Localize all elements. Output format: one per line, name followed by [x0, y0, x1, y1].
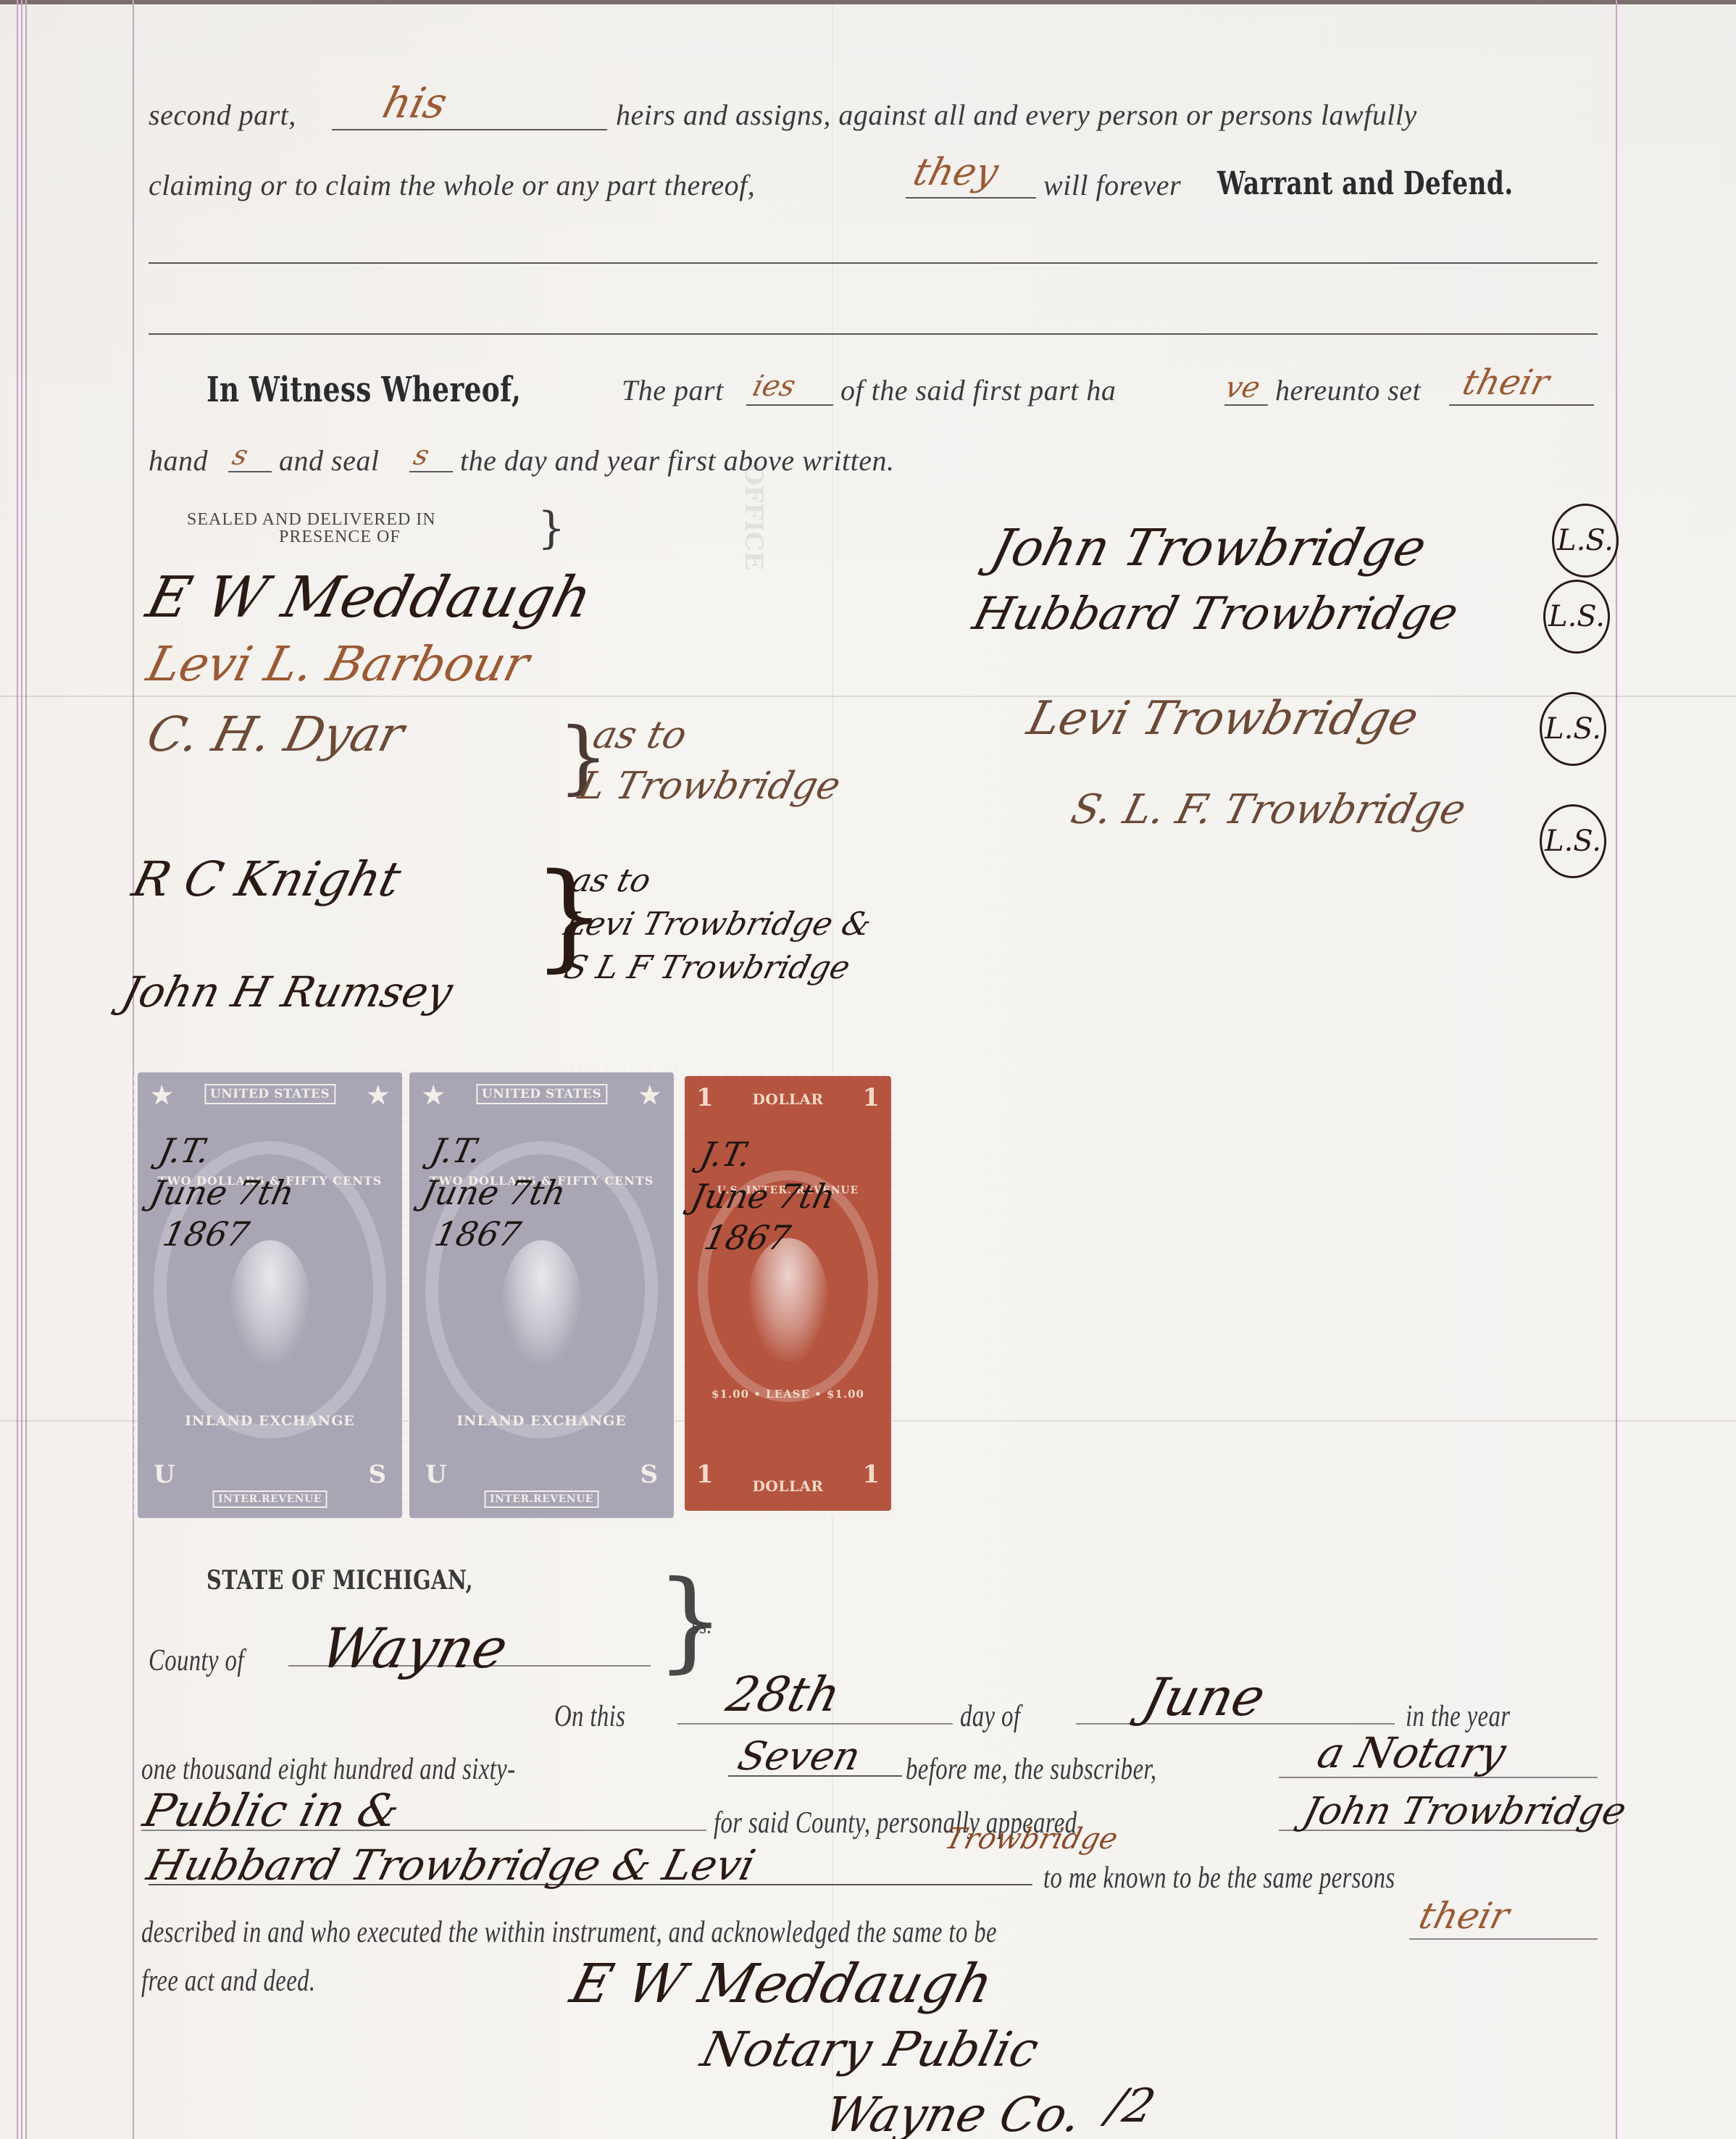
month-fill: June: [1138, 1667, 1272, 1727]
paper-fold: [0, 696, 1736, 697]
cancel-year: 1867: [679, 1217, 830, 1259]
handwritten-fill: his: [378, 78, 453, 128]
fill-line: [1224, 404, 1268, 406]
margin-rule: [17, 0, 18, 2139]
warranty-line-1: second part,: [149, 98, 296, 132]
witness-signature: John H Rumsey: [117, 967, 458, 1017]
printed-text: day of: [960, 1699, 1020, 1734]
printed-text: and seal: [279, 443, 379, 478]
printed-text: second part,: [149, 99, 296, 131]
star-icon: ★: [367, 1081, 389, 1110]
printed-text: The part: [622, 373, 724, 407]
star-icon: ★: [422, 1081, 444, 1110]
subscriber-fill: a Notary: [1313, 1728, 1511, 1777]
persons-fill: John Trowbridge: [1299, 1790, 1631, 1833]
fill-line: [228, 471, 272, 472]
printed-text: the day and year first above written.: [460, 443, 895, 478]
handwritten-fill: they: [909, 151, 1003, 194]
fill-line: [1449, 404, 1594, 406]
fill-line: [677, 1723, 953, 1725]
witness-signature: C. H. Dyar: [141, 706, 409, 762]
revenue-stamp-inland-exchange: UNITED STATES ★ ★ TWO DOLLARS & FIFTY CE…: [138, 1072, 402, 1518]
subscriber-fill: Public in &: [138, 1784, 405, 1837]
blank-line: [149, 262, 1598, 264]
stamp-corner-letter: S: [368, 1460, 386, 1489]
handwritten-fill: ies: [749, 370, 798, 403]
seal-mark: L.S.: [1540, 692, 1606, 766]
witness-note: as to: [589, 714, 691, 757]
persons-fill: Hubbard Trowbridge & Levi: [143, 1840, 761, 1890]
printed-text: of the said first part ha: [840, 373, 1116, 407]
day-fill: 28th: [721, 1667, 846, 1722]
fill-line: [1409, 1938, 1598, 1940]
printed-text: to me known to be the same persons: [1043, 1861, 1395, 1896]
persons-insert: Trowbridge: [941, 1822, 1121, 1856]
margin-rule: [133, 0, 134, 2139]
sealed-label-line-2: PRESENCE OF: [279, 528, 401, 547]
fill-line: [409, 471, 453, 472]
stamp-banner-top: DOLLAR: [748, 1089, 827, 1109]
cancel-date: June 7th: [146, 1172, 298, 1214]
stamp-corner-numeral: 1: [862, 1083, 880, 1112]
stamp-oval-bottom-text: INLAND EXCHANGE: [185, 1413, 355, 1429]
seal-mark: L.S.: [1552, 504, 1619, 578]
star-icon: ★: [151, 1081, 172, 1110]
stamp-cancellation: J.T. June 7th 1867: [679, 1134, 848, 1259]
brace: }: [538, 503, 565, 554]
witness-note: S L F Trowbridge: [561, 949, 854, 986]
year-fill: Seven: [733, 1733, 865, 1779]
printed-text: will forever: [1043, 168, 1181, 202]
grantor-signature: John Trowbridge: [985, 518, 1432, 578]
sealed-label-line-1: SEALED AND DELIVERED IN: [187, 510, 436, 530]
witness-note: as to: [568, 862, 655, 899]
stamp-banner-bottom: INTER.REVENUE: [212, 1490, 327, 1508]
printed-text: hand: [149, 443, 208, 478]
printed-text: one thousand eight hundred and sixty-: [141, 1752, 515, 1787]
stamp-banner-top: UNITED STATES: [204, 1084, 335, 1104]
witness-signature: Levi L. Barbour: [141, 636, 535, 692]
blank-line: [149, 333, 1598, 335]
stamp-corner-numeral: 1: [696, 1083, 714, 1112]
stamp-cancellation: J.T. June 7th 1867: [409, 1130, 579, 1256]
stamp-corner-letter: S: [640, 1460, 658, 1489]
brace: }: [656, 1558, 725, 1684]
stamp-oval-bottom-text: $1.00 • LEASE • $1.00: [711, 1388, 864, 1401]
seal-mark: L.S.: [1540, 804, 1606, 878]
seal-mark: L.S.: [1543, 580, 1610, 654]
cancel-initials: J.T.: [155, 1130, 306, 1172]
printed-text: claiming or to claim the whole or any pa…: [149, 168, 755, 202]
stamp-corner-numeral: 1: [862, 1460, 880, 1489]
witness-note: Levi Trowbridge &: [561, 906, 875, 943]
star-icon: ★: [639, 1081, 661, 1110]
revenue-stamp-inland-exchange: UNITED STATES ★ ★ TWO DOLLARS & FIFTY CE…: [409, 1072, 674, 1518]
printed-text: hereunto set: [1275, 373, 1421, 407]
bleed-through-text: OFFICE: [739, 464, 768, 570]
fill-line: [332, 129, 607, 130]
cancel-date: June 7th: [688, 1176, 839, 1218]
stamp-banner-bottom: INTER.REVENUE: [484, 1490, 599, 1508]
printed-text: described in and who executed the within…: [141, 1915, 997, 1950]
washington-portrait: [230, 1240, 310, 1363]
stamp-oval-bottom-text: INLAND EXCHANGE: [456, 1413, 627, 1429]
margin-rule: [25, 0, 27, 2139]
fill-line: [906, 197, 1036, 199]
printed-text: before me, the subscriber,: [906, 1752, 1156, 1787]
witness-signature: R C Knight: [127, 851, 406, 907]
stamp-cancellation: J.T. June 7th 1867: [138, 1130, 307, 1256]
stamp-corner-letter: U: [154, 1460, 175, 1489]
stamp-banner-bottom: DOLLAR: [748, 1476, 827, 1496]
revenue-stamp-lease: DOLLAR 1 1 U.S. INTER. REVENUE $1.00 • L…: [685, 1076, 891, 1511]
printed-text: free act and deed.: [141, 1964, 316, 1998]
notary-title: Notary Public: [696, 2022, 1044, 2077]
witness-heading: In Witness Whereof,: [206, 370, 521, 410]
stamp-corner-letter: U: [425, 1460, 447, 1489]
cancel-initials: J.T.: [427, 1130, 578, 1172]
county-label: County of: [149, 1643, 244, 1678]
cancel-initials: J.T.: [696, 1134, 848, 1176]
handwritten-fill: their: [1459, 362, 1553, 403]
margin-rule: [21, 0, 22, 2139]
grantor-signature: Hubbard Trowbridge: [968, 587, 1464, 640]
washington-portrait: [502, 1240, 582, 1363]
witness-note: L Trowbridge: [575, 764, 846, 808]
warrant-and-defend: Warrant and Defend.: [1217, 165, 1514, 202]
county-fill: Wayne: [314, 1616, 514, 1680]
grantor-signature: Levi Trowbridge: [1022, 692, 1424, 746]
cancel-year: 1867: [409, 1214, 561, 1256]
witness-signature: E W Meddaugh: [141, 565, 598, 630]
printed-text: On this: [554, 1699, 625, 1734]
their-fill: their: [1415, 1895, 1514, 1937]
grantor-signature: S. L. F. Trowbridge: [1067, 786, 1471, 833]
notary-signature: E W Meddaugh: [564, 1953, 999, 2015]
cancel-year: 1867: [138, 1214, 289, 1256]
fill-line: [746, 404, 833, 406]
stamp-banner-top: UNITED STATES: [476, 1084, 607, 1104]
notary-county: Wayne Co.: [819, 2087, 1088, 2139]
printed-text: heirs and assigns, against all and every…: [616, 98, 1417, 132]
ss-label: ss.: [692, 1612, 711, 1639]
state-heading: STATE OF MICHIGAN,: [206, 1565, 473, 1596]
cancel-date: June 7th: [418, 1172, 569, 1214]
stamp-corner-numeral: 1: [696, 1460, 714, 1489]
